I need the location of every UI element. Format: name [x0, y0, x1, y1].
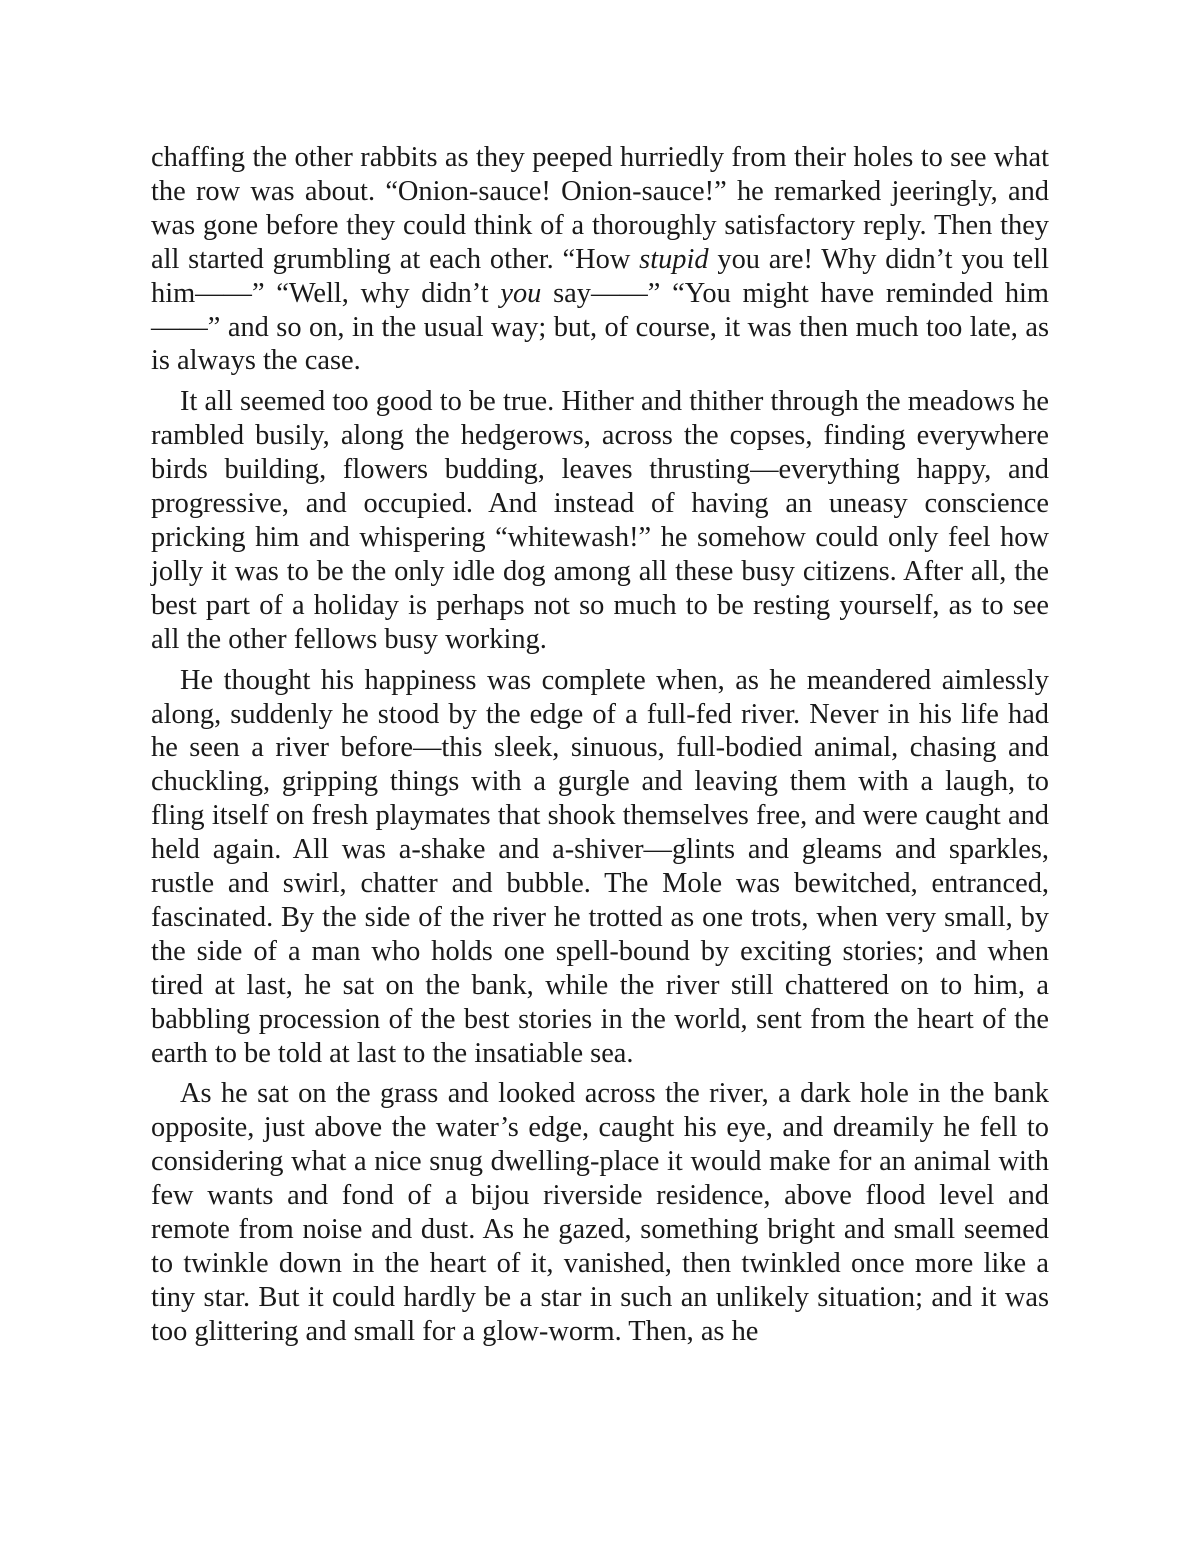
emphasis-stupid: stupid: [639, 244, 708, 275]
page-body: chaffing the other rabbits as they peepe…: [151, 141, 1049, 1356]
paragraph-3: He thought his happiness was complete wh…: [151, 664, 1049, 1071]
text-segment: It all seemed too good to be true. Hithe…: [151, 386, 1049, 654]
paragraph-4: As he sat on the grass and looked across…: [151, 1077, 1049, 1348]
text-segment: As he sat on the grass and looked across…: [151, 1078, 1049, 1346]
paragraph-1: chaffing the other rabbits as they peepe…: [151, 141, 1049, 378]
text-segment: He thought his happiness was complete wh…: [151, 665, 1049, 1069]
emphasis-you: you: [500, 278, 541, 309]
paragraph-2: It all seemed too good to be true. Hithe…: [151, 385, 1049, 656]
